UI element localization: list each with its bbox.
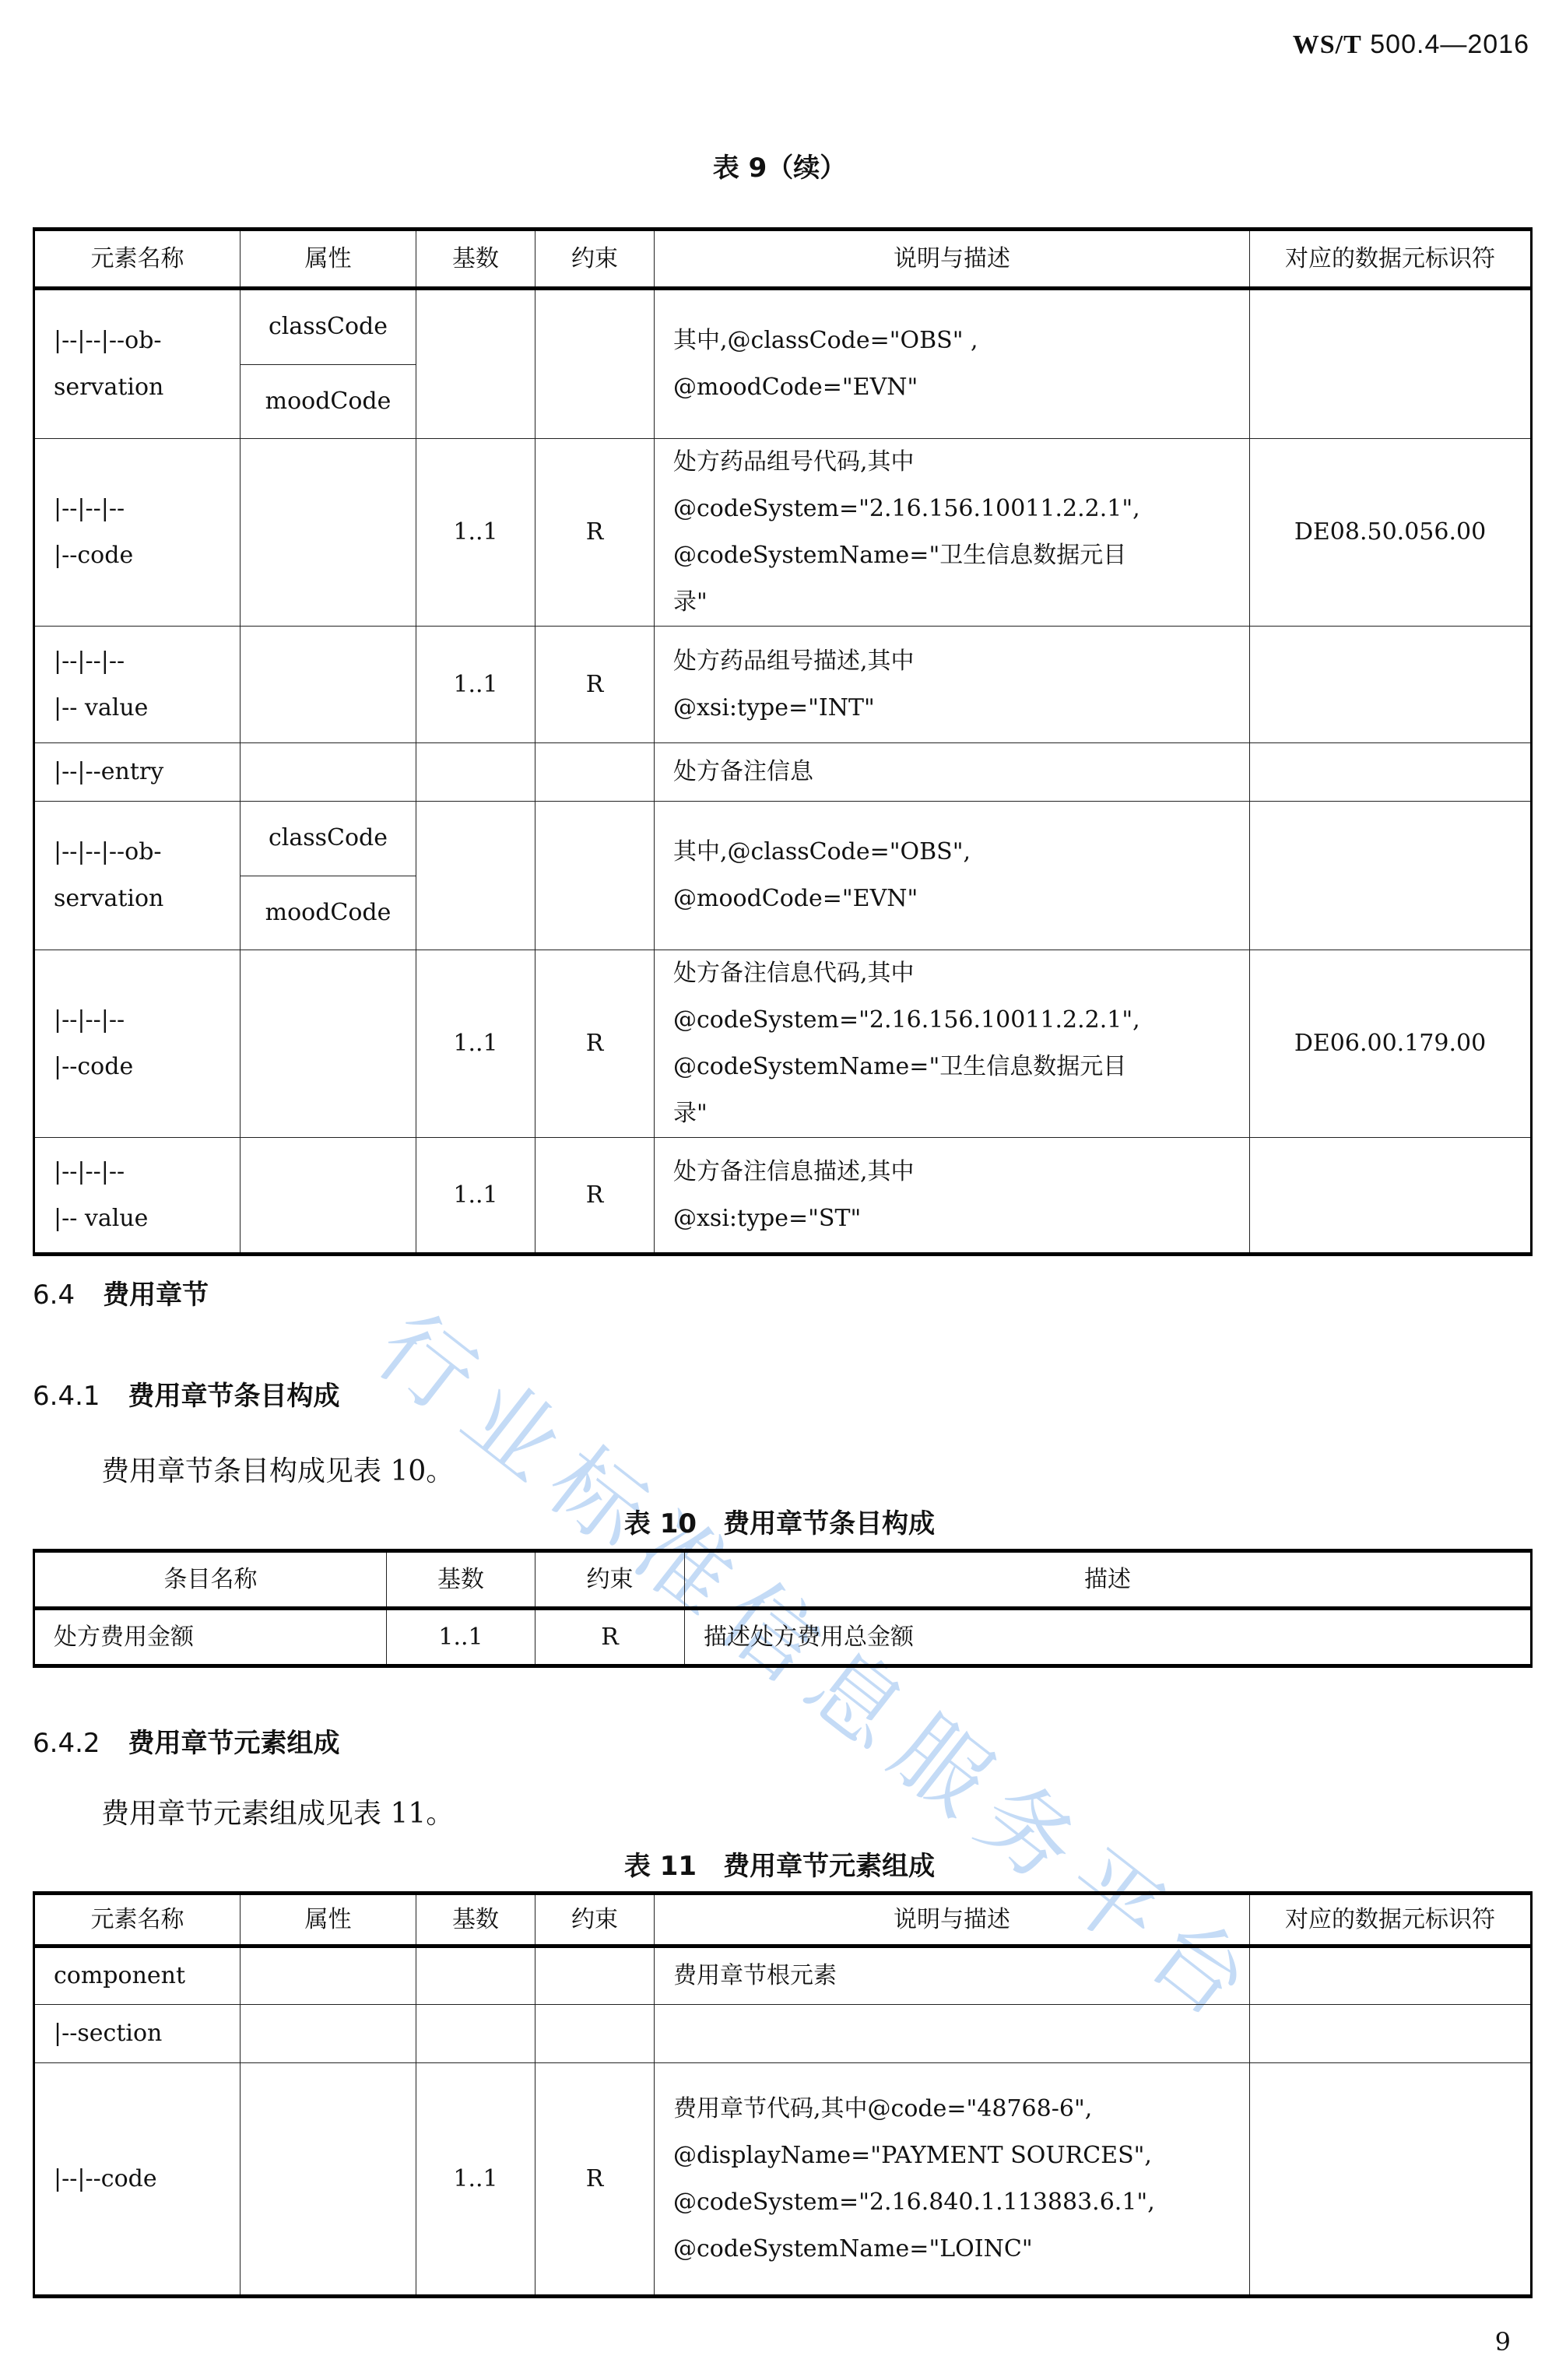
table-row: |--section [34, 2005, 1532, 2063]
constraint-cell: R [535, 950, 655, 1138]
element-name-line: |--|--|-- [54, 1149, 221, 1195]
col-header-cardinality: 基数 [416, 230, 535, 289]
element-name-cell: component [34, 1946, 241, 2005]
cardinality-cell [416, 2005, 535, 2063]
identifier-cell [1250, 802, 1532, 950]
col-header-description: 说明与描述 [655, 230, 1250, 289]
section-number: 6.4 [33, 1280, 75, 1311]
col-header-cardinality: 基数 [416, 1894, 535, 1946]
description-line: 处方药品组号描述,其中 [673, 638, 1231, 685]
description-cell: 其中,@classCode="OBS", @moodCode="EVN" [655, 802, 1250, 950]
description-line: @codeSystemName="卫生信息数据元目 [673, 1044, 1231, 1090]
constraint-cell: R [535, 1138, 655, 1255]
element-name-line: |--|--|--ob- [54, 829, 221, 876]
section-heading-6-4: 6.4费用章节 [33, 1273, 209, 1311]
description-line: 处方药品组号代码,其中 [673, 439, 1231, 486]
identifier-cell [1250, 289, 1532, 439]
standard-number: 500.4—2016 [1370, 30, 1529, 59]
section-number: 6.4.1 [33, 1381, 100, 1412]
description-line: @moodCode="EVN" [673, 876, 1231, 922]
attribute-classcode: classCode [241, 290, 416, 364]
cardinality-cell: 1..1 [416, 1138, 535, 1255]
element-name-cell: |--|--code [34, 2063, 241, 2297]
element-name-cell: |--|--|-- |-- value [34, 627, 241, 743]
col-header-identifier: 对应的数据元标识符 [1250, 1894, 1532, 1946]
attribute-cell [241, 743, 416, 802]
col-header-identifier: 对应的数据元标识符 [1250, 230, 1532, 289]
element-name-cell: |--|--|--ob- servation [34, 289, 241, 439]
element-name-line: |--|--|-- [54, 638, 221, 685]
description-cell: 处方备注信息 [655, 743, 1250, 802]
element-name-line: |--|--|-- [54, 997, 221, 1044]
description-line: @moodCode="EVN" [673, 364, 1231, 411]
attribute-cell [241, 627, 416, 743]
col-header-constraint: 约束 [535, 1894, 655, 1946]
attribute-moodcode: moodCode [241, 876, 416, 950]
element-name-line: |--code [54, 1044, 221, 1090]
col-header-attribute: 属性 [241, 230, 416, 289]
section-heading-6-4-1: 6.4.1费用章节条目构成 [33, 1374, 340, 1413]
cardinality-cell: 1..1 [416, 627, 535, 743]
attribute-cell [241, 439, 416, 627]
identifier-cell [1250, 1946, 1532, 2005]
cardinality-cell: 1..1 [416, 439, 535, 627]
table-row: |--|--|-- |--code 1..1 R 处方备注信息代码,其中 @co… [34, 950, 1532, 1138]
cardinality-cell [416, 743, 535, 802]
table-row: |--|--|-- |-- value 1..1 R 处方备注信息描述,其中 @… [34, 1138, 1532, 1255]
constraint-cell: R [535, 1609, 685, 1666]
element-name-cell: |--|--entry [34, 743, 241, 802]
attribute-cell [241, 2005, 416, 2063]
description-line: @codeSystem="2.16.840.1.113883.6.1", [673, 2179, 1231, 2226]
constraint-cell [535, 743, 655, 802]
table11-caption: 表 11 费用章节元素组成 [0, 1845, 1559, 1883]
description-line: @codeSystem="2.16.156.10011.2.2.1", [673, 486, 1231, 532]
section-heading-6-4-2: 6.4.2费用章节元素组成 [33, 1722, 340, 1760]
constraint-cell: R [535, 439, 655, 627]
element-name-cell: |--section [34, 2005, 241, 2063]
section-title: 费用章节元素组成 [128, 1728, 340, 1759]
table-row: |--|--|--ob- servation classCode moodCod… [34, 289, 1532, 439]
identifier-cell [1250, 627, 1532, 743]
attribute-cell: classCode moodCode [241, 802, 416, 950]
attribute-cell [241, 1138, 416, 1255]
description-line: 处方备注信息代码,其中 [673, 950, 1231, 997]
col-header-constraint: 约束 [535, 1551, 685, 1609]
col-header-cardinality: 基数 [387, 1551, 535, 1609]
col-header-element: 元素名称 [34, 230, 241, 289]
element-name-line: |-- value [54, 1195, 221, 1242]
table-row: |--|--|--ob- servation classCode moodCod… [34, 802, 1532, 950]
table-row: |--|--code 1..1 R 费用章节代码,其中@code="48768-… [34, 2063, 1532, 2297]
element-name-line: servation [54, 364, 221, 411]
element-name-cell: |--|--|-- |--code [34, 950, 241, 1138]
description-line: 录" [673, 1090, 1231, 1137]
description-line: @codeSystem="2.16.156.10011.2.2.1", [673, 997, 1231, 1044]
constraint-cell [535, 289, 655, 439]
description-line: @displayName="PAYMENT SOURCES", [673, 2133, 1231, 2179]
attribute-cell: classCode moodCode [241, 289, 416, 439]
description-cell: 处方备注信息描述,其中 @xsi:type="ST" [655, 1138, 1250, 1255]
table-row: component 费用章节根元素 [34, 1946, 1532, 2005]
col-header-element: 元素名称 [34, 1894, 241, 1946]
identifier-cell: DE08.50.056.00 [1250, 439, 1532, 627]
table-row: |--|--|-- |-- value 1..1 R 处方药品组号描述,其中 @… [34, 627, 1532, 743]
section-number: 6.4.2 [33, 1728, 100, 1759]
description-cell: 处方药品组号描述,其中 @xsi:type="INT" [655, 627, 1250, 743]
description-cell: 费用章节根元素 [655, 1946, 1250, 2005]
description-cell: 费用章节代码,其中@code="48768-6", @displayName="… [655, 2063, 1250, 2297]
description-line: @xsi:type="ST" [673, 1195, 1231, 1242]
element-name-line: servation [54, 876, 221, 922]
attribute-cell [241, 2063, 416, 2297]
section-title: 费用章节 [103, 1280, 209, 1311]
table9: 元素名称 属性 基数 约束 说明与描述 对应的数据元标识符 |--|--|--o… [33, 227, 1533, 1256]
constraint-cell [535, 1946, 655, 2005]
description-line: 处方备注信息描述,其中 [673, 1149, 1231, 1195]
description-line: 录" [673, 579, 1231, 626]
description-cell [655, 2005, 1250, 2063]
cardinality-cell [416, 289, 535, 439]
identifier-cell [1250, 1138, 1532, 1255]
cardinality-cell [416, 1946, 535, 2005]
element-name-line: |--|--|--ob- [54, 318, 221, 364]
description-line: 其中,@classCode="OBS" , [673, 318, 1231, 364]
attribute-classcode: classCode [241, 802, 416, 876]
identifier-cell [1250, 2063, 1532, 2297]
cardinality-cell: 1..1 [416, 950, 535, 1138]
table9-caption: 表 9（续） [0, 146, 1559, 184]
description-cell: 其中,@classCode="OBS" , @moodCode="EVN" [655, 289, 1250, 439]
element-name-line: |--|--|-- [54, 486, 221, 532]
element-name-line: |-- value [54, 685, 221, 732]
table11-header-row: 元素名称 属性 基数 约束 说明与描述 对应的数据元标识符 [34, 1894, 1532, 1946]
constraint-cell: R [535, 2063, 655, 2297]
element-name-cell: |--|--|-- |-- value [34, 1138, 241, 1255]
standard-code: WS/T 500.4—2016 [1293, 30, 1529, 60]
constraint-cell [535, 802, 655, 950]
element-name-cell: |--|--|--ob- servation [34, 802, 241, 950]
col-header-constraint: 约束 [535, 230, 655, 289]
identifier-cell [1250, 743, 1532, 802]
identifier-cell [1250, 2005, 1532, 2063]
description-cell: 处方备注信息代码,其中 @codeSystem="2.16.156.10011.… [655, 950, 1250, 1138]
attribute-cell [241, 950, 416, 1138]
cardinality-cell: 1..1 [387, 1609, 535, 1666]
element-name-cell: |--|--|-- |--code [34, 439, 241, 627]
description-line: 其中,@classCode="OBS", [673, 829, 1231, 876]
paragraph-6-4-2: 费用章节元素组成见表 11。 [101, 1792, 454, 1831]
table-row: |--|--entry 处方备注信息 [34, 743, 1532, 802]
description-line: @xsi:type="INT" [673, 685, 1231, 732]
element-name-line: |--code [54, 532, 221, 579]
col-header-description: 描述 [685, 1551, 1532, 1609]
paragraph-6-4-1: 费用章节条目构成见表 10。 [101, 1449, 454, 1489]
table-row: |--|--|-- |--code 1..1 R 处方药品组号代码,其中 @co… [34, 439, 1532, 627]
table11: 元素名称 属性 基数 约束 说明与描述 对应的数据元标识符 component … [33, 1891, 1533, 2298]
table10-header-row: 条目名称 基数 约束 描述 [34, 1551, 1532, 1609]
table10-caption: 表 10 费用章节条目构成 [0, 1502, 1559, 1540]
description-cell: 描述处方费用总金额 [685, 1609, 1532, 1666]
col-header-item-name: 条目名称 [34, 1551, 387, 1609]
attribute-moodcode: moodCode [241, 364, 416, 439]
constraint-cell [535, 2005, 655, 2063]
cardinality-cell [416, 802, 535, 950]
cardinality-cell: 1..1 [416, 2063, 535, 2297]
description-line: @codeSystemName="LOINC" [673, 2226, 1231, 2273]
table10: 条目名称 基数 约束 描述 处方费用金额 1..1 R 描述处方费用总金额 [33, 1549, 1533, 1668]
table-row: 处方费用金额 1..1 R 描述处方费用总金额 [34, 1609, 1532, 1666]
page-number: 9 [1495, 2327, 1511, 2357]
identifier-cell: DE06.00.179.00 [1250, 950, 1532, 1138]
col-header-attribute: 属性 [241, 1894, 416, 1946]
table9-header-row: 元素名称 属性 基数 约束 说明与描述 对应的数据元标识符 [34, 230, 1532, 289]
description-line: 费用章节代码,其中@code="48768-6", [673, 2086, 1231, 2133]
standard-prefix: WS/T [1293, 30, 1362, 59]
section-title: 费用章节条目构成 [128, 1381, 340, 1412]
description-cell: 处方药品组号代码,其中 @codeSystem="2.16.156.10011.… [655, 439, 1250, 627]
col-header-description: 说明与描述 [655, 1894, 1250, 1946]
description-line: @codeSystemName="卫生信息数据元目 [673, 532, 1231, 579]
attribute-cell [241, 1946, 416, 2005]
item-name-cell: 处方费用金额 [34, 1609, 387, 1666]
constraint-cell: R [535, 627, 655, 743]
